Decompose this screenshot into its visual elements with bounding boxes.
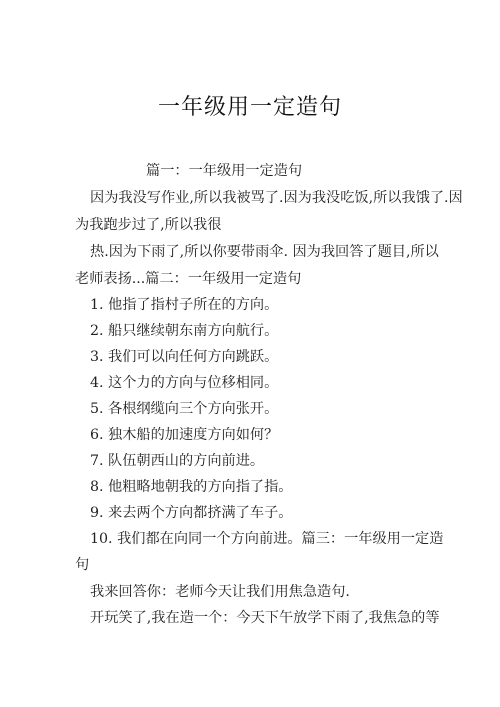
- list-item: 3. 我们可以向任何方向跳跃。: [90, 348, 278, 366]
- list-item: 4. 这个力的方向与位移相同。: [90, 374, 278, 392]
- document-title: 一年级用一定造句: [0, 90, 500, 121]
- paragraph-line: 热.因为下雨了,所以你要带雨伞. 因为我回答了题目,所以: [90, 243, 439, 261]
- paragraph-line: 我来回答你：老师今天让我们用焦急造句.: [90, 583, 350, 601]
- list-item: 5. 各根纲缆向三个方向张开。: [90, 400, 278, 418]
- document-page: 一年级用一定造句 篇一：一年级用一定造句 因为我没写作业,所以我被骂了.因为我没…: [0, 0, 500, 707]
- paragraph-line: 句: [75, 556, 89, 574]
- list-item: 10. 我们都在向同一个方向前进。篇三：一年级用一定造: [90, 530, 443, 548]
- paragraph-line: 老师表扬...篇二：一年级用一定造句: [75, 270, 301, 288]
- list-item: 1. 他指了指村子所在的方向。: [90, 296, 278, 314]
- list-item: 2. 船只继续朝东南方向航行。: [90, 322, 278, 340]
- list-item: 6. 独木船的加速度方向如何？: [90, 426, 278, 444]
- section-heading-1: 篇一：一年级用一定造句: [146, 162, 302, 180]
- paragraph-line: 为我跑步过了,所以我很: [75, 216, 221, 234]
- list-item: 8. 他粗略地朝我的方向指了指。: [90, 478, 293, 496]
- list-item: 9. 来去两个方向都挤满了车子。: [90, 504, 293, 522]
- paragraph-line: 开玩笑了,我在造一个：今天下午放学下雨了,我焦急的等: [90, 609, 440, 627]
- paragraph-line: 因为我没写作业,所以我被骂了.因为我没吃饭,所以我饿了.因: [90, 189, 463, 207]
- list-item: 7. 队伍朝西山的方向前进。: [90, 452, 264, 470]
